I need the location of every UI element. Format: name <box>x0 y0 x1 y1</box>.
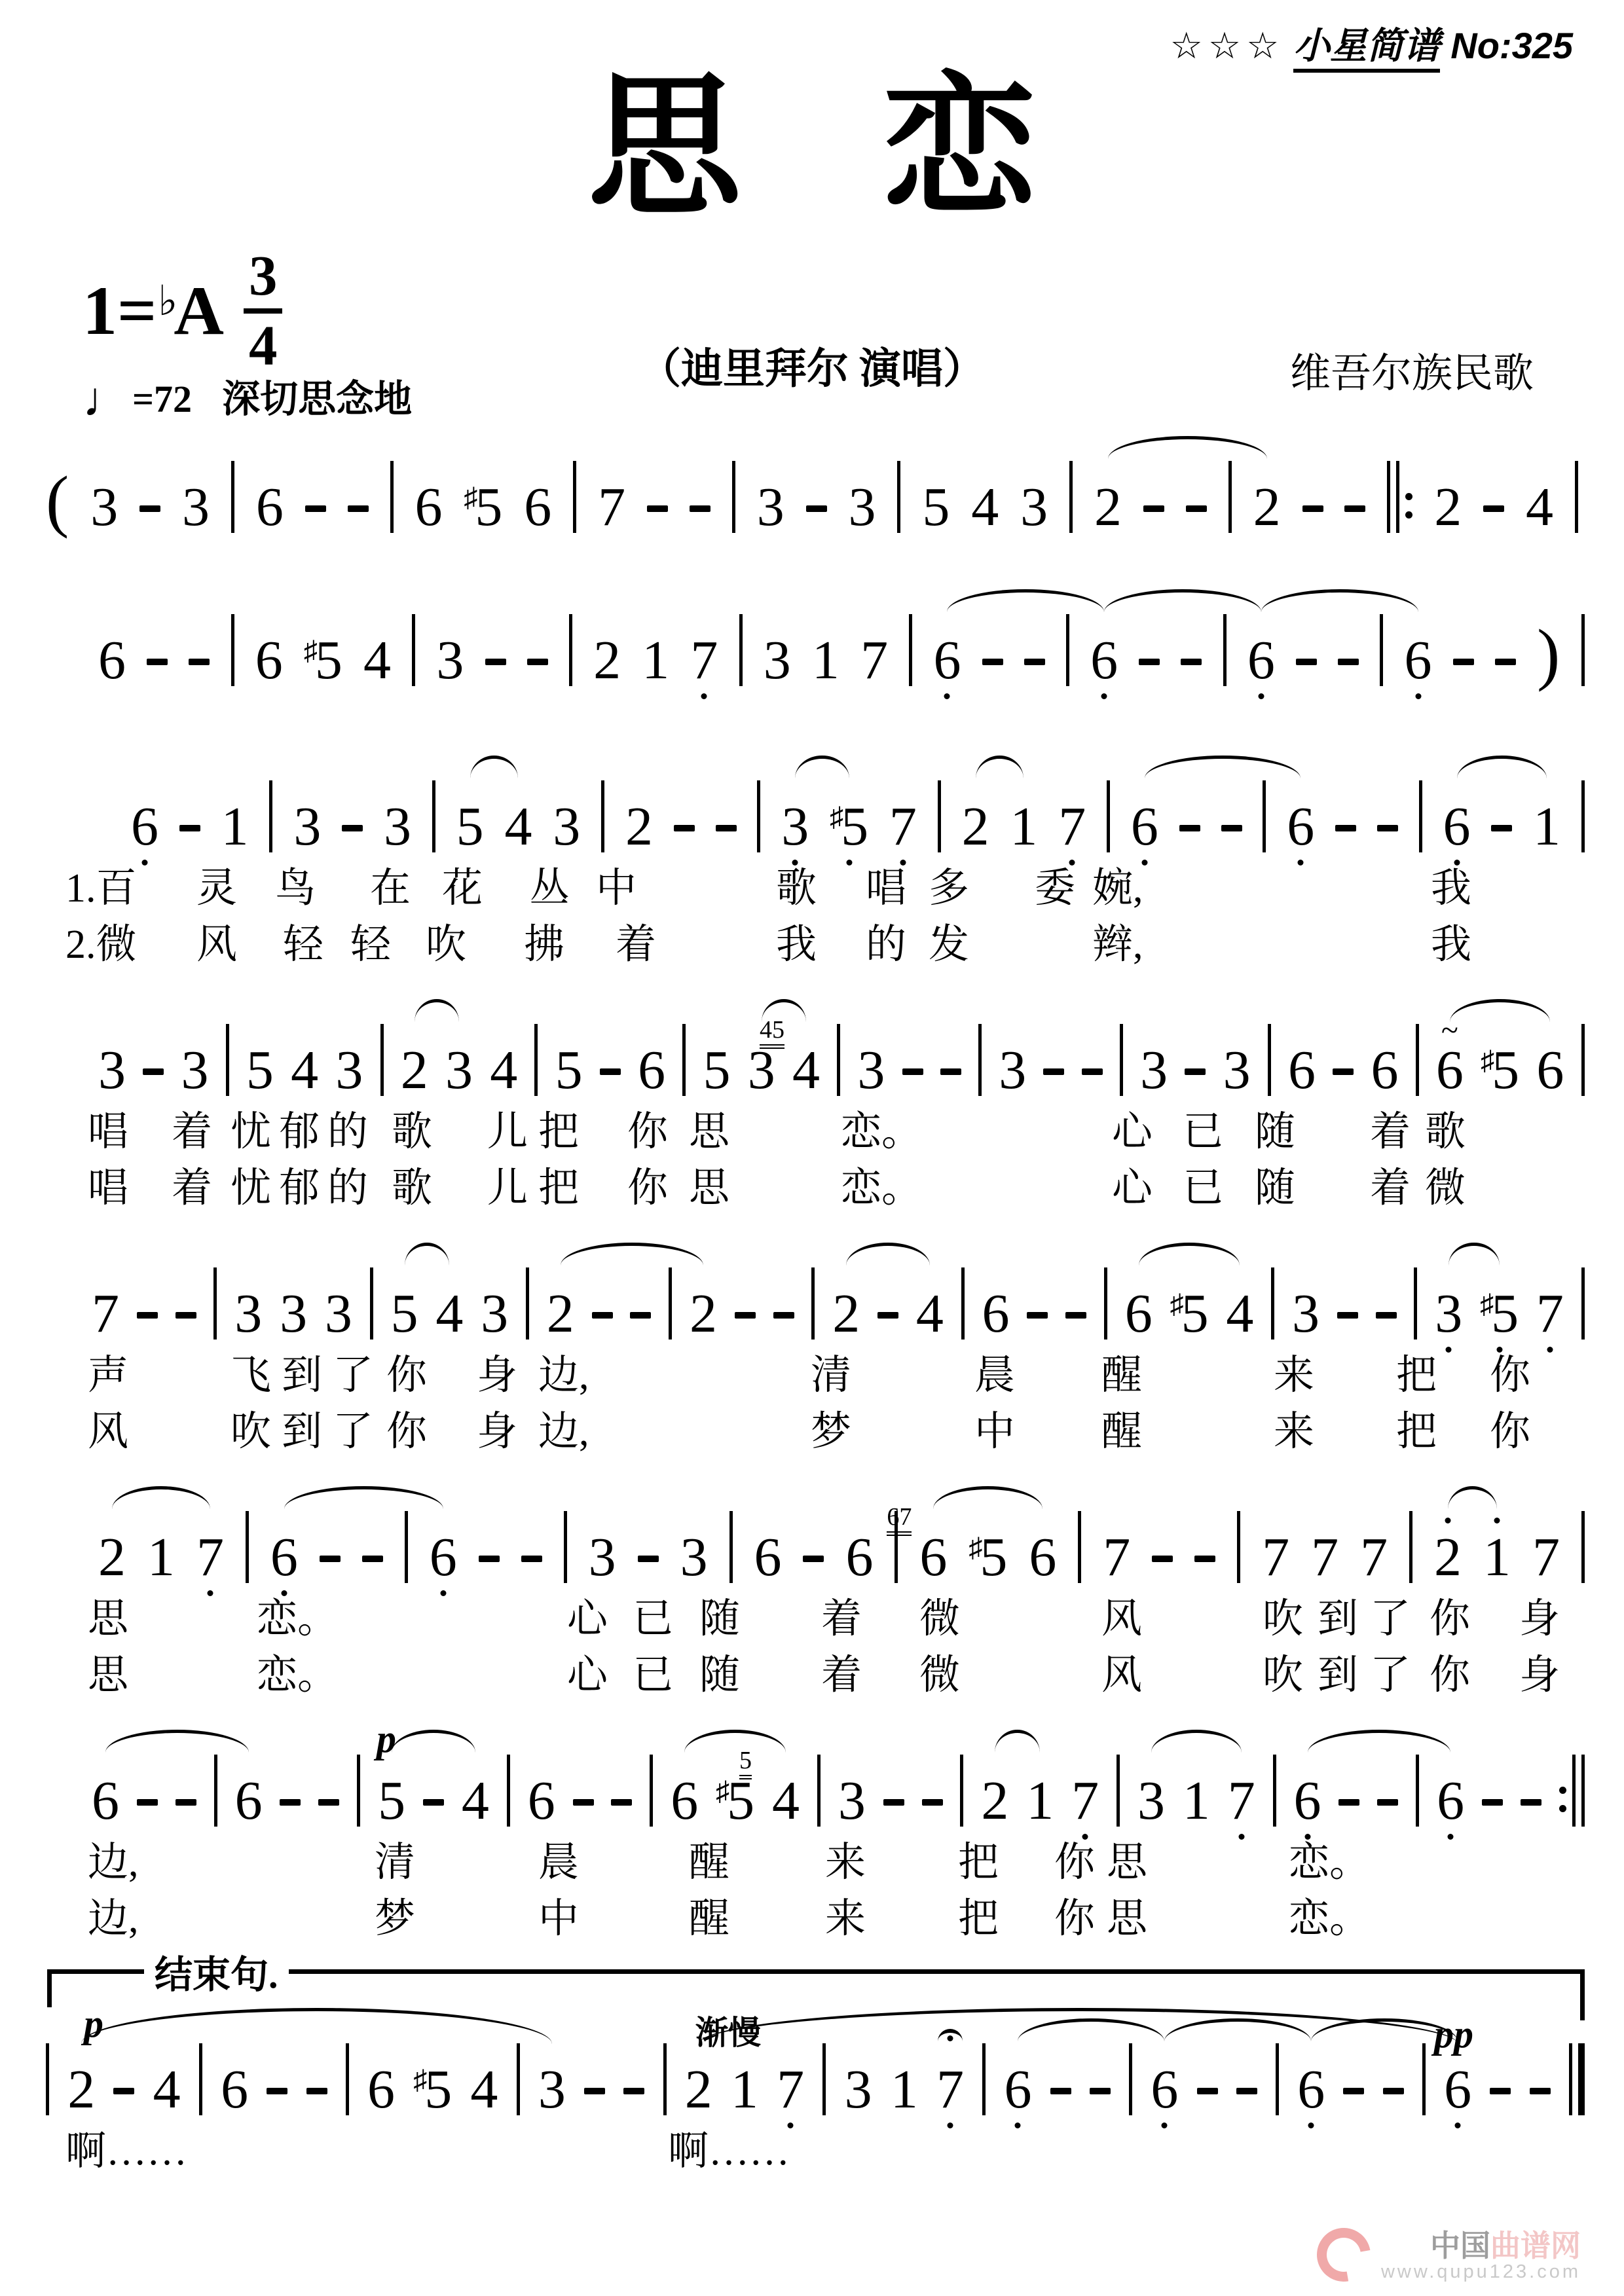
note: 1 <box>1183 1776 1210 1827</box>
barline <box>1120 1024 1123 1096</box>
dash-rest <box>1333 1068 1354 1075</box>
barline <box>1419 780 1422 852</box>
barline <box>231 614 234 686</box>
barline <box>380 1024 384 1096</box>
note: 5 <box>456 801 484 852</box>
dash-rest <box>638 1556 659 1562</box>
note-digit: 5 <box>378 1770 405 1831</box>
note: 1 <box>221 801 249 852</box>
lyric-row: 思恋。心已随着微风吹到了你身 <box>0 1595 1624 1651</box>
note-digit: 3 <box>384 796 411 857</box>
lyric-syllable: 恋。 <box>1289 1838 1370 1887</box>
lyric-syllable: 郁 <box>279 1164 320 1212</box>
note: 3 <box>436 635 464 686</box>
dash-rest <box>1179 825 1200 831</box>
lyric-syllable: 醒 <box>689 1838 729 1887</box>
lyric-syllable: 思 <box>1107 1895 1147 1943</box>
lyric-syllable: 丛 <box>529 864 570 913</box>
lyric-syllable: 着 <box>1370 1164 1411 1212</box>
lyric-syllable: 恋。 <box>841 1164 922 1212</box>
lyric-syllable: 鸟 <box>275 864 316 913</box>
barline <box>1380 614 1383 686</box>
note-digit: 1 <box>731 2059 758 2120</box>
dynamic-marking: p <box>377 1717 396 1762</box>
barline <box>1581 1511 1585 1583</box>
dash-rest <box>690 505 710 512</box>
lyric-syllable: 心 <box>1112 1108 1153 1156</box>
note-digit: 3 <box>293 796 321 857</box>
lyric-syllable: 你 <box>386 1351 427 1400</box>
lyric-syllable: 思 <box>689 1108 729 1156</box>
barline <box>1581 1024 1585 1096</box>
note-digit: 6 <box>754 1527 782 1588</box>
dash-rest <box>1043 1068 1064 1075</box>
slur-arc <box>392 1730 475 1753</box>
barline <box>663 2043 667 2115</box>
dash-rest <box>623 2088 644 2094</box>
grace-notes: 67 <box>887 1504 912 1536</box>
lyric-syllable: 心 <box>567 1651 608 1700</box>
dash-rest <box>175 1799 196 1806</box>
dash-rest <box>1495 659 1516 665</box>
barline <box>739 614 743 686</box>
note-digit: 6 <box>92 1770 119 1831</box>
slur-arc <box>1145 756 1301 778</box>
lyric-syllable: 你 <box>1430 1651 1470 1700</box>
note: 3 <box>481 1288 508 1339</box>
note-digit: 7 <box>1262 1527 1289 1588</box>
lyric-syllable: 风 <box>88 1408 128 1456</box>
barline <box>961 1267 965 1339</box>
lyric-syllable: 梦 <box>811 1408 851 1456</box>
barline <box>1409 1511 1412 1583</box>
note-digit: 3 <box>680 1527 708 1588</box>
note-digit: 3 <box>1140 1040 1168 1101</box>
barline <box>390 461 394 533</box>
music-line: 2466♯5432173176666p渐慢pp <box>0 2008 1624 2115</box>
lyric-syllable: 清 <box>811 1351 851 1400</box>
dash-rest <box>1343 2088 1364 2094</box>
repeat-dots <box>1405 493 1412 519</box>
barline <box>569 614 572 686</box>
note-digit: 3 <box>999 1040 1026 1101</box>
note: 3 <box>1435 1288 1462 1339</box>
lyric-syllable: 花 <box>442 864 483 913</box>
lyric-syllable: 来 <box>1274 1351 1314 1400</box>
lyric-row: 思恋。心已随着微风吹到了你身 <box>0 1651 1624 1707</box>
note: 2 <box>547 1288 574 1339</box>
ending-bracket: 结束句. <box>47 1969 1585 2005</box>
header-brand: 小星简谱 <box>1293 25 1440 73</box>
dash-rest <box>647 505 668 512</box>
barline <box>412 614 415 686</box>
note-digit: 7 <box>1536 1283 1564 1344</box>
note-digit: 6 <box>1288 1040 1316 1101</box>
lyric-syllable: 边, <box>88 1838 139 1887</box>
note-digit: 6 <box>1004 2059 1031 2120</box>
note: 3 <box>90 482 118 533</box>
score-line: 613354323♯5721766611.百灵鸟在花丛中歌唱多委婉,我2.微风轻… <box>0 745 1624 977</box>
note-digit: 1 <box>812 630 840 691</box>
note: 6 <box>1443 801 1471 852</box>
lyric-syllable: 思 <box>88 1651 128 1700</box>
note-digit: 2 <box>401 1040 428 1101</box>
note-digit: 3 <box>335 1040 363 1101</box>
lyric-syllable: 恋。 <box>841 1108 922 1156</box>
note-digit: 5 <box>703 1040 731 1101</box>
note: 6 <box>754 1532 782 1583</box>
barline <box>1237 1511 1240 1583</box>
dash-rest <box>1302 505 1323 512</box>
note-digit: 3 <box>181 1040 208 1101</box>
note: 6 <box>1125 1288 1153 1339</box>
note-digit: 3 <box>781 796 809 857</box>
note-digit: 5 <box>315 630 342 691</box>
lyric-syllable: 心 <box>1112 1164 1153 1212</box>
note: 3 <box>589 1532 616 1583</box>
note-digit: 6 <box>1125 1283 1153 1344</box>
note-digit: 6 <box>98 630 126 691</box>
lyric-syllable: 吹 <box>1263 1595 1303 1643</box>
score-line: (3366♯567335432224 <box>0 426 1624 533</box>
barline <box>897 461 900 533</box>
note: 3 <box>538 2064 566 2115</box>
dash-rest <box>735 1312 756 1319</box>
lyric-syllable: 了 <box>333 1351 373 1400</box>
note: 7 <box>860 635 888 686</box>
slur-arc <box>762 999 806 1022</box>
note-digit: 4 <box>490 1040 517 1101</box>
note-digit: 7 <box>936 2059 964 2120</box>
note-digit: 1 <box>1183 1770 1210 1831</box>
barline <box>573 461 576 533</box>
header-number: No:325 <box>1450 25 1573 66</box>
barline <box>507 1755 510 1827</box>
lyric-syllable: 你 <box>627 1164 668 1212</box>
barline <box>1078 1511 1081 1583</box>
lyric-syllable: 你 <box>1490 1408 1530 1456</box>
lyric-syllable: 心 <box>567 1595 608 1643</box>
dash-rest <box>584 2088 605 2094</box>
dash-rest <box>280 1799 301 1806</box>
note-digit: 4 <box>772 1770 800 1831</box>
lyric-syllable: 你 <box>1054 1838 1095 1887</box>
lyric-syllable: 到 <box>1318 1651 1358 1700</box>
lyric-syllable: 清 <box>375 1838 415 1887</box>
note-digit: 3 <box>90 477 118 538</box>
note-digit: 3 <box>764 630 791 691</box>
note: 3 <box>1223 1045 1251 1096</box>
lyric-syllable: 到 <box>282 1351 322 1400</box>
note: 6 <box>415 482 442 533</box>
note: 6 <box>367 2064 395 2115</box>
note: 5 <box>922 482 950 533</box>
note-digit: 5 <box>555 1040 583 1101</box>
token-row: 335432345653454333366~6♯56 <box>98 1024 1585 1096</box>
lyric-syllable: 醒 <box>689 1895 729 1943</box>
note: ♯5 <box>969 1532 1007 1583</box>
note: 6 <box>255 635 283 686</box>
note-digit: 6 <box>1151 2059 1178 2120</box>
note-digit: 6 <box>524 477 551 538</box>
note: 3 <box>384 801 411 852</box>
note-digit: 1 <box>1483 1527 1511 1588</box>
note-digit: 7 <box>598 477 625 538</box>
note-digit: 7 <box>1071 1770 1099 1831</box>
note: ♯5 <box>413 2064 452 2115</box>
lyric-syllable: 飞 <box>231 1351 271 1400</box>
score-line: 66♯5432173176666) <box>0 579 1624 686</box>
lyric-syllable: 恋。 <box>1289 1895 1370 1943</box>
dash-rest <box>716 825 737 831</box>
note-digit: 6 <box>1131 796 1158 857</box>
barline <box>405 1511 408 1583</box>
lyric-syllable: 思 <box>689 1164 729 1212</box>
lyric-row: 唱着忧郁的歌儿把你思恋。心已随着微 <box>0 1164 1624 1220</box>
lyric-syllable: 唱 <box>866 864 906 913</box>
note: 3 <box>1137 1776 1165 1827</box>
watermark: 中国曲谱网 www.qupu123.com <box>1317 2228 1581 2282</box>
note-digit: 1 <box>1026 1770 1054 1831</box>
note: 1 <box>1533 801 1560 852</box>
sharp-icon: ♯ <box>716 1777 729 1807</box>
barline <box>370 1267 373 1339</box>
slur-arc <box>795 756 849 778</box>
dash-rest <box>1377 825 1398 831</box>
barline <box>534 1024 538 1096</box>
lyric-syllable: 来 <box>1274 1408 1314 1456</box>
note: 7 <box>1262 1532 1289 1583</box>
note: 6 <box>1536 1045 1564 1096</box>
note: 3 <box>553 801 580 852</box>
note: 5 <box>703 1045 731 1096</box>
lyric-syllable: 随 <box>1255 1108 1295 1156</box>
slur-arc <box>1308 1730 1450 1753</box>
note-digit: 5 <box>391 1283 418 1344</box>
lyric-syllable: 边, <box>538 1408 589 1456</box>
note: 5 <box>378 1776 405 1827</box>
note: 1 <box>812 635 840 686</box>
note-digit: 7 <box>1103 1527 1130 1588</box>
note: 6 <box>1405 635 1432 686</box>
note: 4 <box>1526 482 1553 533</box>
note-digit: 4 <box>1526 477 1553 538</box>
lyric-syllable: 轻 <box>283 920 323 969</box>
token-row: 2466♯5432173176666 <box>46 2043 1585 2115</box>
slur-arc <box>470 756 518 778</box>
lyric-syllable: 了 <box>1370 1595 1411 1643</box>
barline <box>1273 1755 1276 1827</box>
note-digit: 3 <box>445 1040 473 1101</box>
dash-rest <box>137 1799 158 1806</box>
lyric-syllable: 身 <box>477 1408 517 1456</box>
note-digit: 6 <box>1437 1770 1464 1831</box>
note-digit: 6 <box>528 1770 555 1831</box>
note: 7 <box>1058 801 1086 852</box>
barline <box>1575 461 1578 533</box>
note: 3 <box>234 1288 262 1339</box>
barline <box>564 1511 567 1583</box>
note: ♯5 <box>304 635 342 686</box>
note: 3 <box>845 2064 872 2115</box>
note: 3 <box>445 1045 473 1096</box>
barline <box>1581 1267 1585 1339</box>
note: 7 <box>1071 1776 1099 1827</box>
note-digit: 6 <box>367 2059 395 2120</box>
lyric-syllable: 随 <box>699 1651 740 1700</box>
dash-rest <box>1482 1799 1503 1806</box>
note-digit: 6 <box>1297 2059 1325 2120</box>
lyric-syllable: 吹 <box>426 920 466 969</box>
octave-dot-low <box>1258 693 1264 699</box>
lyric-syllable: 醒 <box>1101 1351 1142 1400</box>
slur-arc <box>1457 756 1547 778</box>
lyric-syllable: 随 <box>699 1595 740 1643</box>
note-digit: 5 <box>1491 1283 1519 1344</box>
note: 6 <box>638 1045 665 1096</box>
dash-rest <box>1024 659 1045 665</box>
barline <box>1416 1024 1419 1096</box>
score-line: 结束句.2466♯5432173176666p渐慢pp啊……啊…… <box>0 1969 1624 2183</box>
note: 6 <box>1131 801 1158 852</box>
sharp-icon: ♯ <box>1170 1290 1184 1320</box>
note-digit: 3 <box>757 477 784 538</box>
dash-rest <box>674 825 695 831</box>
note-digit: 3 <box>538 2059 566 2120</box>
dash-rest <box>630 1312 651 1319</box>
lyric-syllable: 吹 <box>231 1408 271 1456</box>
note-digit: 3 <box>857 1040 885 1101</box>
sharp-icon: ♯ <box>304 636 318 666</box>
note-digit: 4 <box>363 630 391 691</box>
dash-rest <box>573 1799 594 1806</box>
lyric-syllable: 恋。 <box>257 1651 338 1700</box>
barline <box>1271 1267 1274 1339</box>
lyric-syllable: 已 <box>1183 1164 1223 1212</box>
slur-arc <box>415 999 459 1022</box>
watermark-logo-icon <box>1306 2217 1381 2292</box>
dash-rest <box>1376 1312 1397 1319</box>
note: 2 <box>1434 1532 1462 1583</box>
lyric-syllable: 晨 <box>974 1351 1015 1400</box>
slur-arc <box>1151 1730 1242 1753</box>
note-digit: 2 <box>690 1283 717 1344</box>
dash-rest <box>592 1312 613 1319</box>
note: 7 <box>889 801 917 852</box>
note: 4 <box>462 1776 489 1827</box>
barline <box>822 2043 826 2115</box>
note-digit: 1 <box>1533 796 1560 857</box>
slur-arc <box>1448 1486 1497 1509</box>
lyric-syllable: 随 <box>1255 1164 1295 1212</box>
note: 7 <box>1103 1532 1130 1583</box>
note-digit: 7 <box>690 630 718 691</box>
lyric-syllable: 轻 <box>350 920 391 969</box>
barline <box>432 780 435 852</box>
lyric-syllable: 把 <box>1396 1408 1437 1456</box>
lyric-syllable: 委 <box>1035 864 1075 913</box>
note-digit: 4 <box>153 2059 181 2120</box>
note: 6 <box>256 482 284 533</box>
lyric-syllable: 我 <box>1431 864 1471 913</box>
note: 2 <box>1253 482 1281 533</box>
score-line: 665466♯554321731766p边,清晨醒来把你思恋。边,梦中醒来把你思… <box>0 1719 1624 1951</box>
lyric-syllable: 把 <box>538 1164 579 1212</box>
note-digit: 5 <box>980 1527 1007 1588</box>
barline <box>909 614 912 686</box>
lyric-row: 边,梦中醒来把你思恋。 <box>0 1895 1624 1951</box>
dash-rest <box>1344 505 1365 512</box>
note: 5 <box>391 1288 418 1339</box>
dash-rest <box>1453 659 1474 665</box>
lyric-syllable: 你 <box>386 1408 427 1456</box>
music-line: 217663366676♯567777217 <box>0 1476 1624 1583</box>
note: ♯5 <box>830 801 868 852</box>
lyric-syllable: 的 <box>866 920 906 969</box>
note: 7 <box>690 635 718 686</box>
lyric-row: 1.百灵鸟在花丛中歌唱多委婉,我 <box>0 864 1624 920</box>
dash-rest <box>940 1068 961 1075</box>
lyric-syllable: 着 <box>1370 1108 1411 1156</box>
slur-arc <box>112 1486 210 1509</box>
lyric-syllable: 吹 <box>1263 1651 1303 1700</box>
flat-icon: ♭ <box>158 278 177 324</box>
note-digit: 5 <box>456 796 484 857</box>
note: 676 <box>919 1532 947 1583</box>
lyric-syllable: 身 <box>1519 1595 1560 1643</box>
note: 3 <box>748 1045 775 1096</box>
score-line: 7333543222466♯5433♯57声飞到了你身边,清晨醒来把你风吹到了你… <box>0 1232 1624 1464</box>
token-row: 665466♯554321731766 <box>92 1755 1585 1827</box>
note-digit: 6 <box>1371 1040 1398 1101</box>
parenthesis: ) <box>1537 619 1560 689</box>
note-digit: 4 <box>1226 1283 1253 1344</box>
note: ♯5 <box>716 1776 754 1827</box>
note-digit: 7 <box>196 1527 224 1588</box>
note-digit: 6 <box>1294 1770 1321 1831</box>
barline <box>729 1511 733 1583</box>
slur-arc <box>947 589 1104 612</box>
barline <box>1228 461 1232 533</box>
note-digit: 3 <box>1223 1040 1251 1101</box>
dash-rest <box>1521 1799 1541 1806</box>
note-digit: 7 <box>777 2059 804 2120</box>
dash-rest <box>600 1068 621 1075</box>
note: 1 <box>731 2064 758 2115</box>
note: ♯5 <box>1480 1288 1519 1339</box>
lyric-syllable: 我 <box>776 920 817 969</box>
note-digit: 6 <box>1443 796 1471 857</box>
note: 2 <box>981 1776 1008 1827</box>
note: 7 <box>598 482 625 533</box>
barline <box>1422 2043 1426 2115</box>
lyric-syllable: 儿 <box>487 1164 528 1212</box>
note-digit: 6 <box>933 630 961 691</box>
note: 3 <box>849 482 876 533</box>
barline <box>978 1024 982 1096</box>
lyric-syllable: 醒 <box>1101 1408 1142 1456</box>
barline <box>732 461 735 533</box>
note: 6 <box>982 1288 1010 1339</box>
lyric-syllable: 啊…… <box>65 2127 187 2176</box>
note: 7 <box>196 1532 224 1583</box>
note: 6 <box>270 1532 298 1583</box>
note: 6 <box>1247 635 1275 686</box>
note-digit: 3 <box>481 1283 508 1344</box>
note: 4 <box>153 2064 181 2115</box>
dash-rest <box>1236 2088 1257 2094</box>
lyric-syllable: 婉, <box>1092 864 1143 913</box>
